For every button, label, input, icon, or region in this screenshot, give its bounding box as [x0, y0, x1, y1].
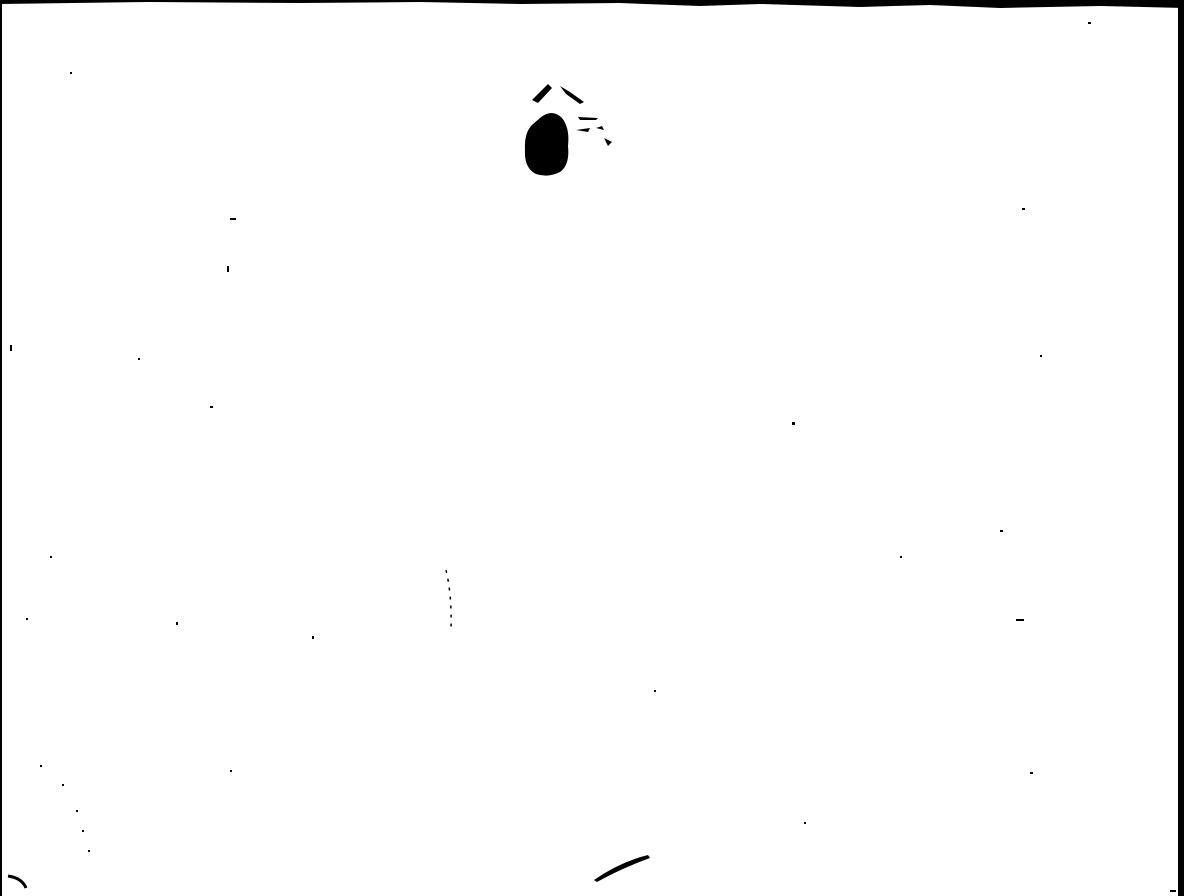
photo-frame	[0, 0, 1184, 896]
thresholded-photo	[0, 0, 1184, 896]
background	[0, 0, 1184, 896]
left-edge	[0, 0, 2, 896]
right-edge	[1178, 0, 1184, 896]
